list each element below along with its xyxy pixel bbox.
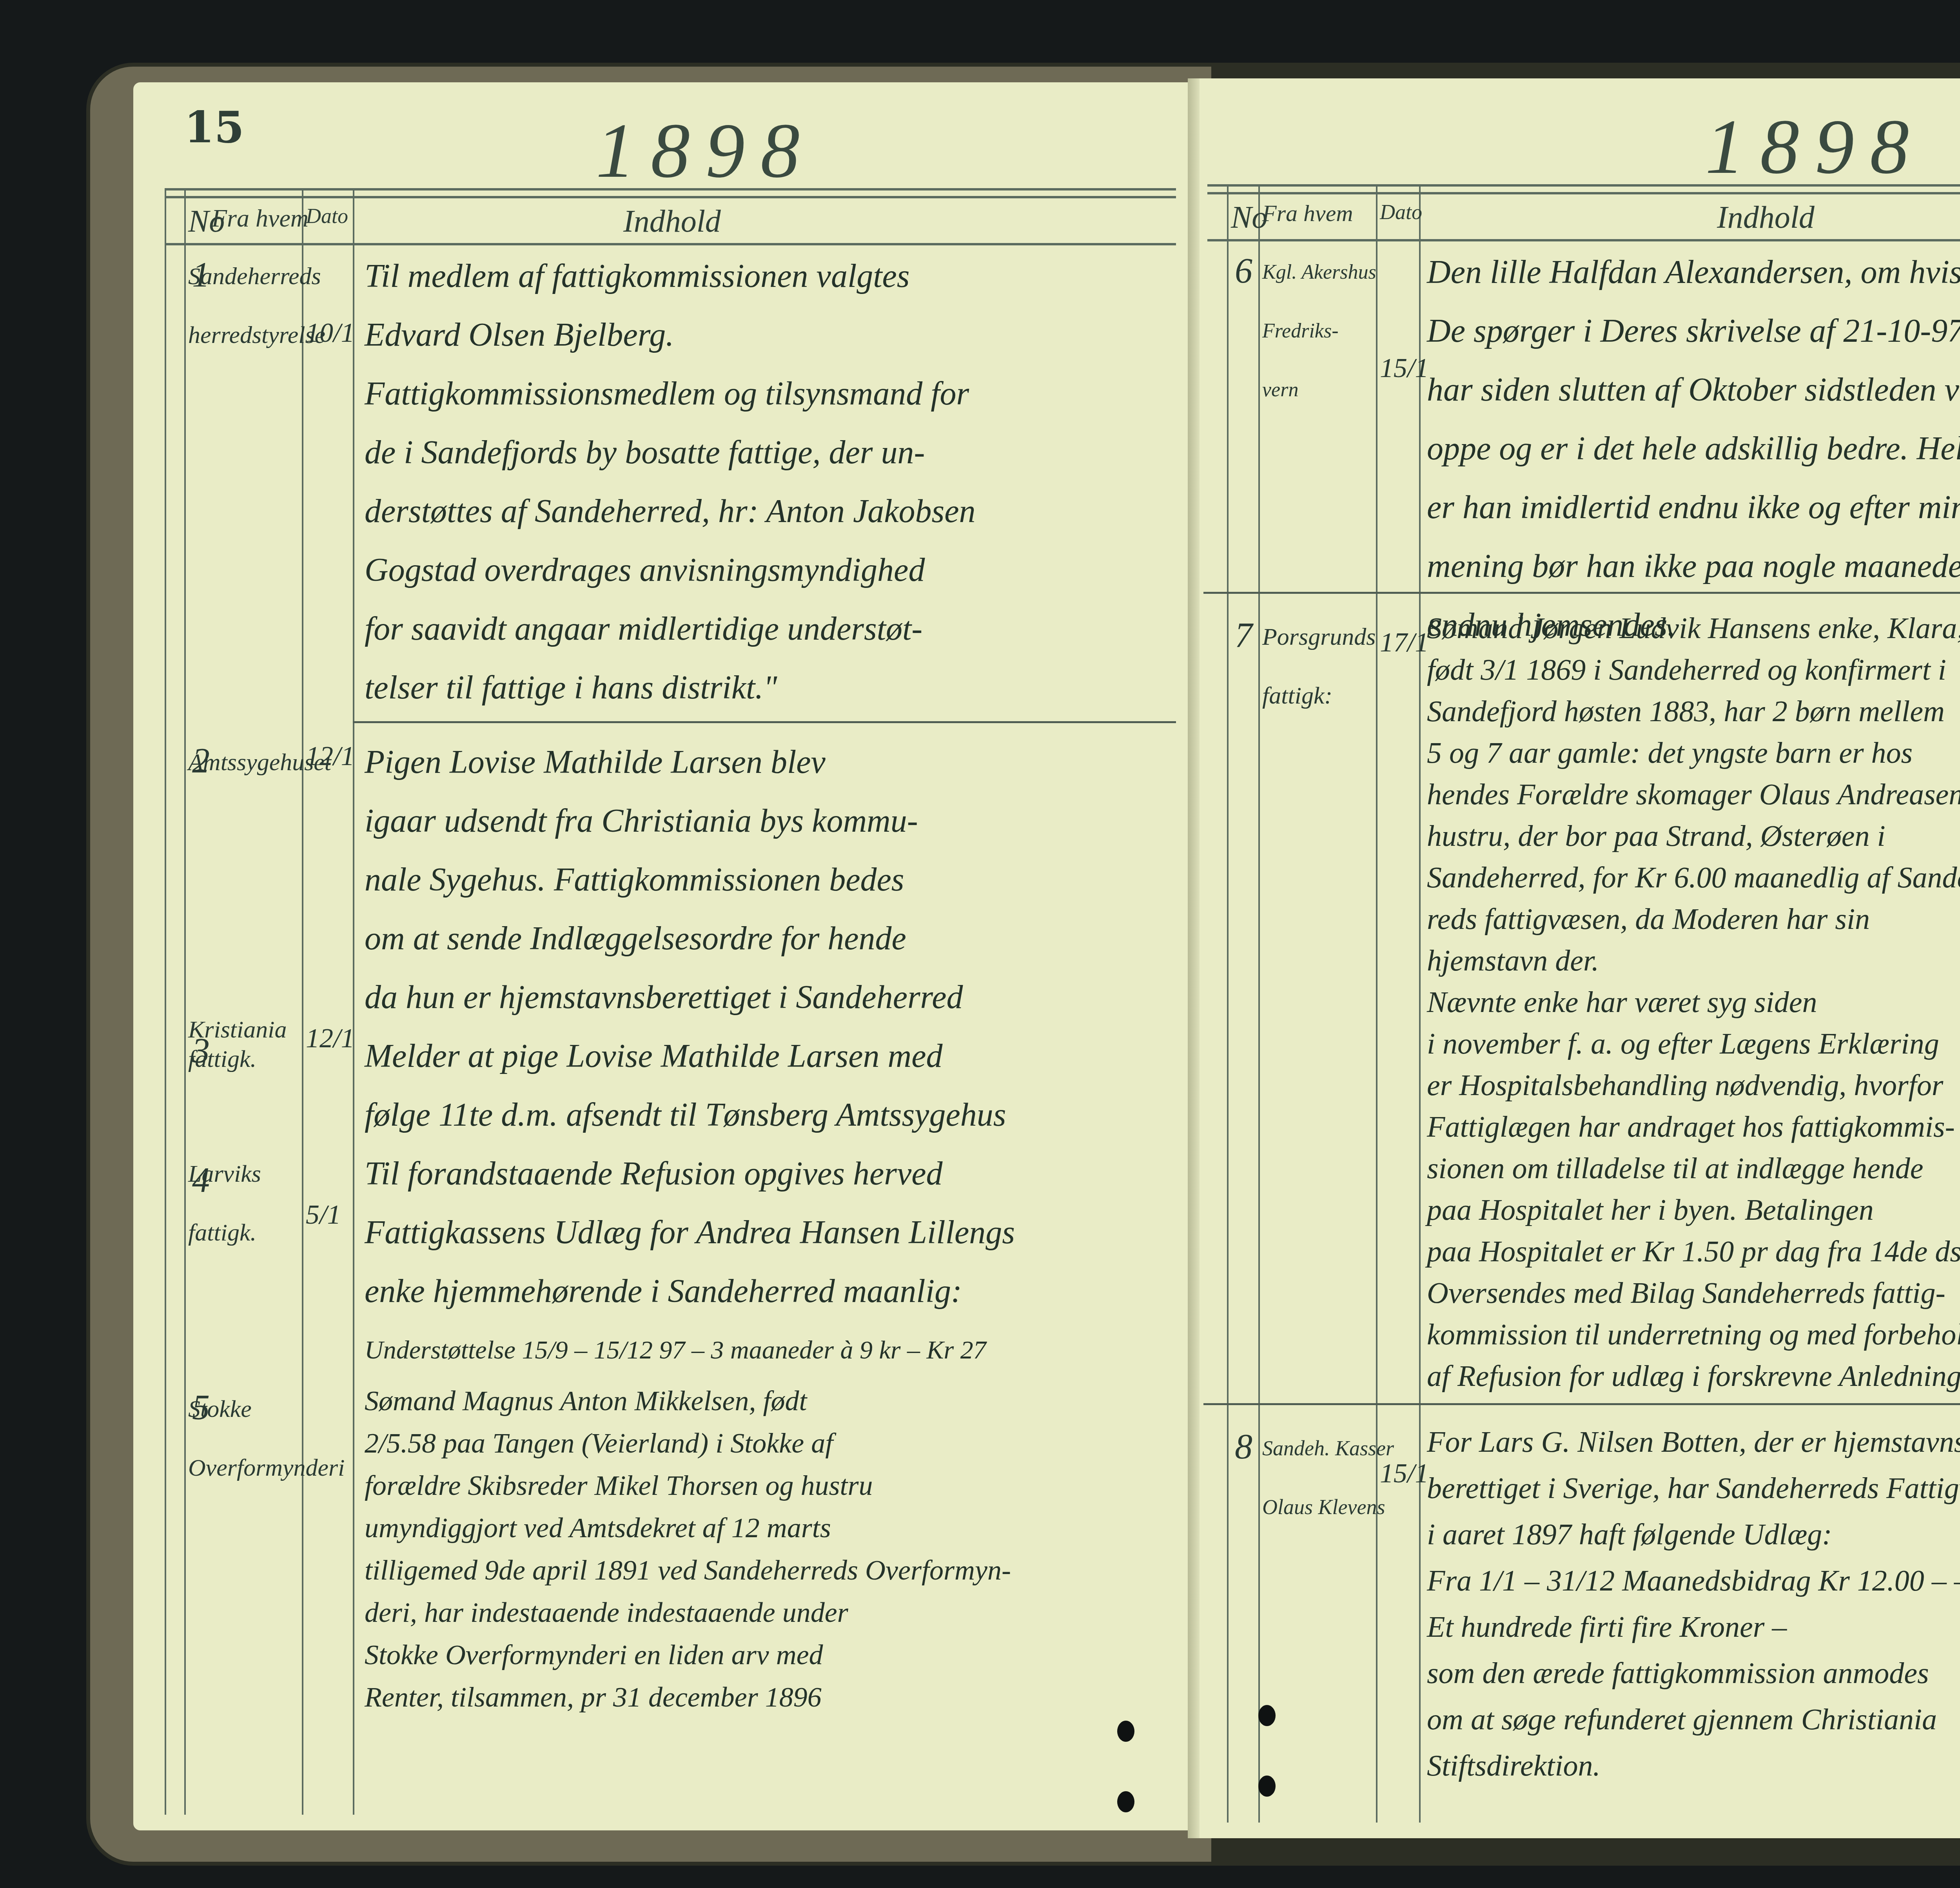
header-date: Dato	[306, 204, 348, 228]
header-content: Indhold	[1717, 200, 1815, 236]
entry-from: StokkeOverformynderi	[188, 1380, 321, 1497]
entry-content: Melder at pige Lovise Mathilde Larsen me…	[365, 1027, 1006, 1144]
entry-number: 7	[1235, 615, 1252, 656]
entry-number: 6	[1235, 251, 1252, 291]
column-line	[353, 188, 354, 1815]
header-from: Fra hvem	[212, 204, 309, 233]
entry-date: 17/1	[1380, 627, 1428, 658]
entry-from: Kgl. AkershusFredriks-vern	[1262, 243, 1396, 419]
entry-separator	[1203, 592, 1960, 594]
entry-date: 12/1	[306, 1023, 354, 1054]
entry-content: Sømand Jørgen Ludvik Hansens enke, Klara…	[1427, 608, 1960, 1397]
entry-from: Sandeh. KasserOlaus Klevens	[1262, 1419, 1396, 1536]
left-page: 15 1898 No Fra hvem Dato Indhold 1 Sande…	[133, 82, 1192, 1830]
entry-from: Larviksfattigk.	[188, 1144, 321, 1262]
entry-date: 15/1	[1380, 353, 1428, 384]
entry-content: For Lars G. Nilsen Botten, der er hjemst…	[1427, 1419, 1960, 1789]
entry-content: Sømand Magnus Anton Mikkelsen, født2/5.5…	[365, 1380, 1011, 1718]
entry-separator	[1203, 1403, 1960, 1405]
binding-hole	[1258, 1776, 1276, 1797]
entry-separator	[353, 721, 1176, 723]
year-heading: 1898	[1705, 102, 1925, 192]
header-rule	[165, 196, 1176, 198]
entry-from: Kristianiafattigk.	[188, 1015, 321, 1074]
entry-date: 10/1	[306, 317, 354, 349]
entry-content: Til forandstaaende Refusion opgives herv…	[365, 1144, 1015, 1380]
entry-content: Pigen Lovise Mathilde Larsen blevigaar u…	[365, 733, 963, 1027]
page-number: 15	[184, 102, 244, 152]
column-line	[1258, 184, 1260, 1823]
entry-number: 8	[1235, 1427, 1252, 1467]
header-rule	[1207, 184, 1960, 187]
binding-hole	[1117, 1791, 1134, 1812]
entry-from: Porsgrundsfattigk:	[1262, 608, 1396, 725]
binding-hole	[1117, 1721, 1134, 1742]
column-line	[1227, 184, 1229, 1823]
column-line	[1376, 184, 1377, 1823]
year-heading: 1898	[596, 106, 815, 196]
column-line	[302, 188, 303, 1815]
header-rule	[165, 188, 1176, 190]
entry-from: Amtssygehuset	[188, 733, 321, 792]
right-page: 1898 No Fra hvem Dato Indhold 6 Kgl. Ake…	[1200, 78, 1960, 1838]
header-rule	[165, 243, 1176, 245]
column-line	[184, 188, 186, 1815]
entry-date: 12/1	[306, 741, 354, 772]
column-line	[165, 188, 166, 1815]
binding-hole	[1258, 1705, 1276, 1726]
entry-date: 15/1	[1380, 1458, 1428, 1489]
header-rule	[1207, 192, 1960, 194]
entry-from: Sandeherreds herredstyrelse	[188, 247, 321, 365]
header-from: Fra hvem	[1262, 200, 1353, 227]
header-rule	[1207, 239, 1960, 241]
column-line	[1419, 184, 1421, 1823]
header-date: Dato	[1380, 200, 1422, 224]
entry-date: 5/1	[306, 1199, 341, 1231]
header-content: Indhold	[623, 204, 721, 239]
entry-content: Til medlem af fattigkommissionen valgtes…	[365, 247, 975, 717]
